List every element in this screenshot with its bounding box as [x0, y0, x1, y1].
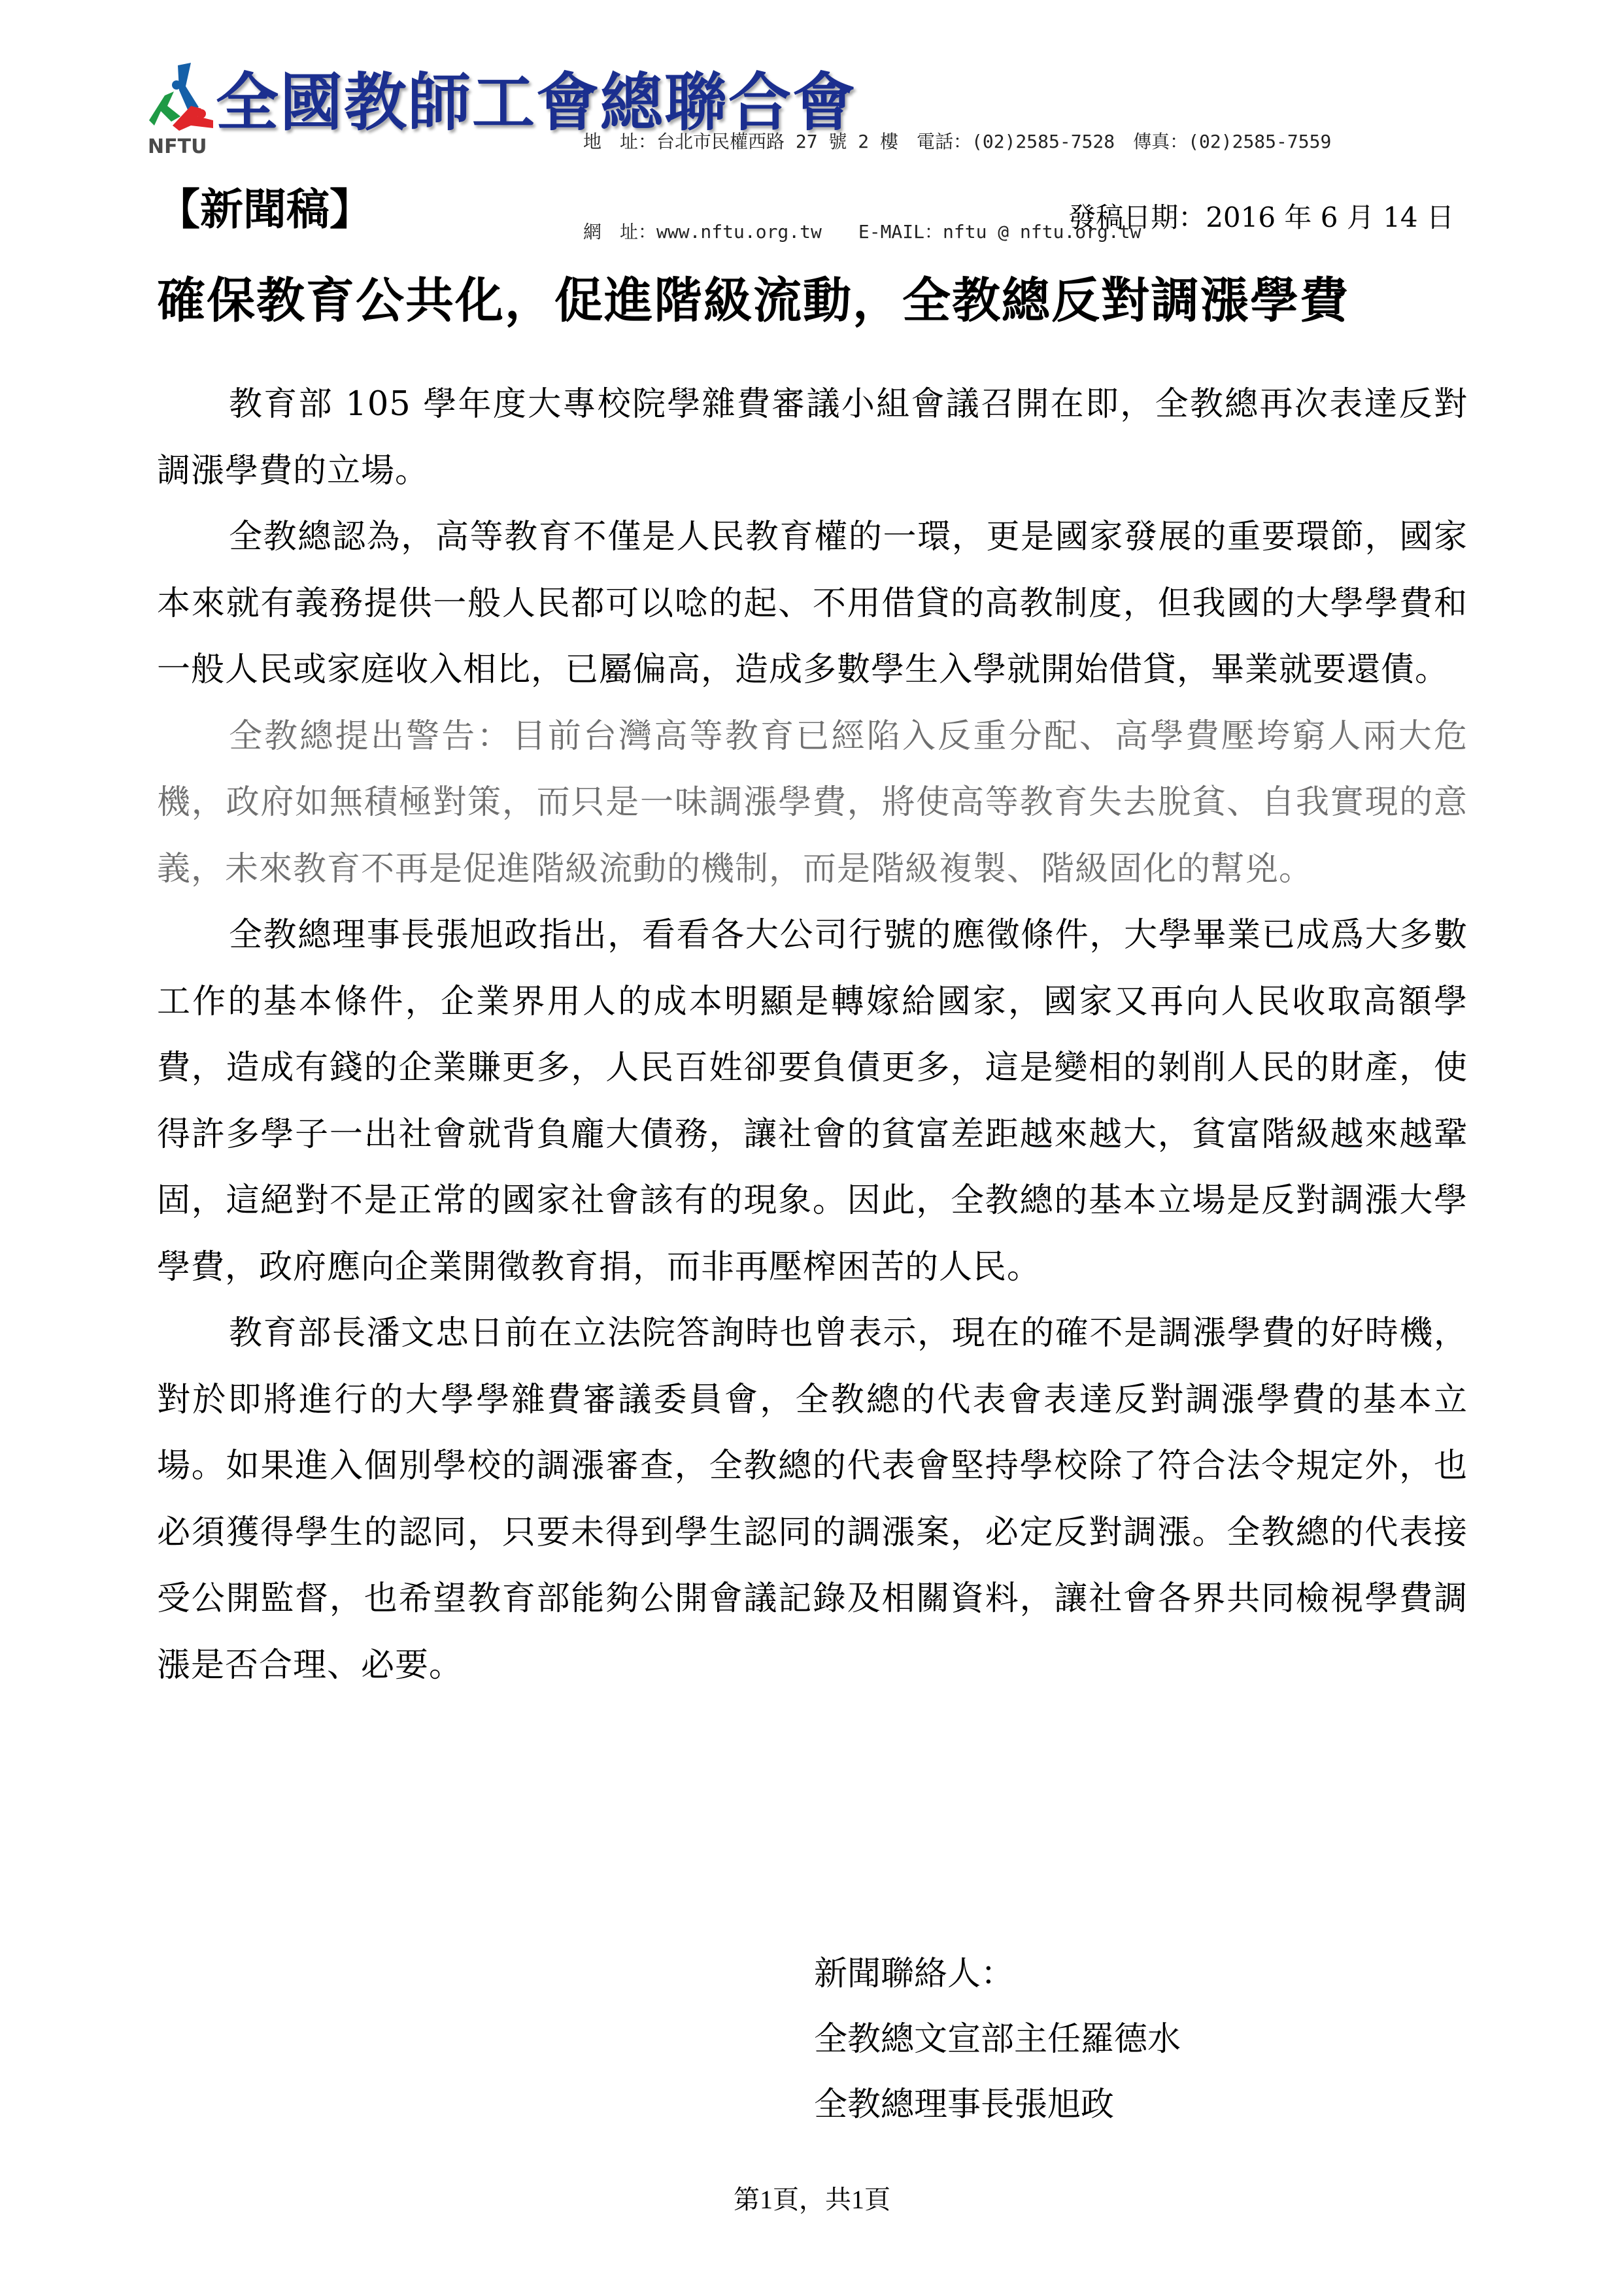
letterhead: NFTU 全國教師工會總聯合會 地 址：台北市民權西路 27 號 2 樓 電話：…: [145, 60, 1518, 158]
contact-person: 全教總文宣部主任羅德水: [814, 2007, 1181, 2072]
article-body: 教育部 105 學年度大專校院學雜費審議小組會議召開在即，全教總再次表達反對調漲…: [157, 371, 1468, 1698]
headline: 確保教育公共化，促進階級流動，全教總反對調漲學費: [157, 268, 1471, 333]
press-contacts: 新聞聯絡人： 全教總文宣部主任羅德水 全教總理事長張旭政: [814, 1942, 1181, 2138]
nftu-logo-icon: NFTU: [145, 60, 217, 158]
page-indicator: 第1頁，共1頁: [0, 2184, 1624, 2216]
address-phone-fax: 地 址：台北市民權西路 27 號 2 樓 電話：(02)2585-7528 傳真…: [583, 127, 1331, 157]
issue-date: 發稿日期：2016 年 6 月 14 日: [1068, 201, 1454, 234]
paragraph-1: 教育部 105 學年度大專校院學雜費審議小組會議召開在即，全教總再次表達反對調漲…: [157, 371, 1468, 504]
paragraph-4: 全教總理事長張旭政指出，看看各大公司行號的應徵條件，大學畢業已成爲大多數工作的基…: [157, 902, 1468, 1300]
paragraph-3-warning: 全教總提出警告：目前台灣高等教育已經陷入反重分配、高學費壓垮窮人兩大危機，政府如…: [157, 703, 1468, 903]
contacts-label: 新聞聯絡人：: [814, 1942, 1181, 2007]
contact-person: 全教總理事長張旭政: [814, 2072, 1181, 2138]
svg-text:NFTU: NFTU: [148, 135, 207, 158]
paragraph-2: 全教總認為，高等教育不僅是人民教育權的一環，更是國家發展的重要環節，國家本來就有…: [157, 504, 1468, 703]
paragraph-5: 教育部長潘文忠日前在立法院答詢時也曾表示，現在的確不是調漲學費的好時機，對於即將…: [157, 1300, 1468, 1698]
press-release-tag: 【新聞稿】: [157, 183, 373, 235]
